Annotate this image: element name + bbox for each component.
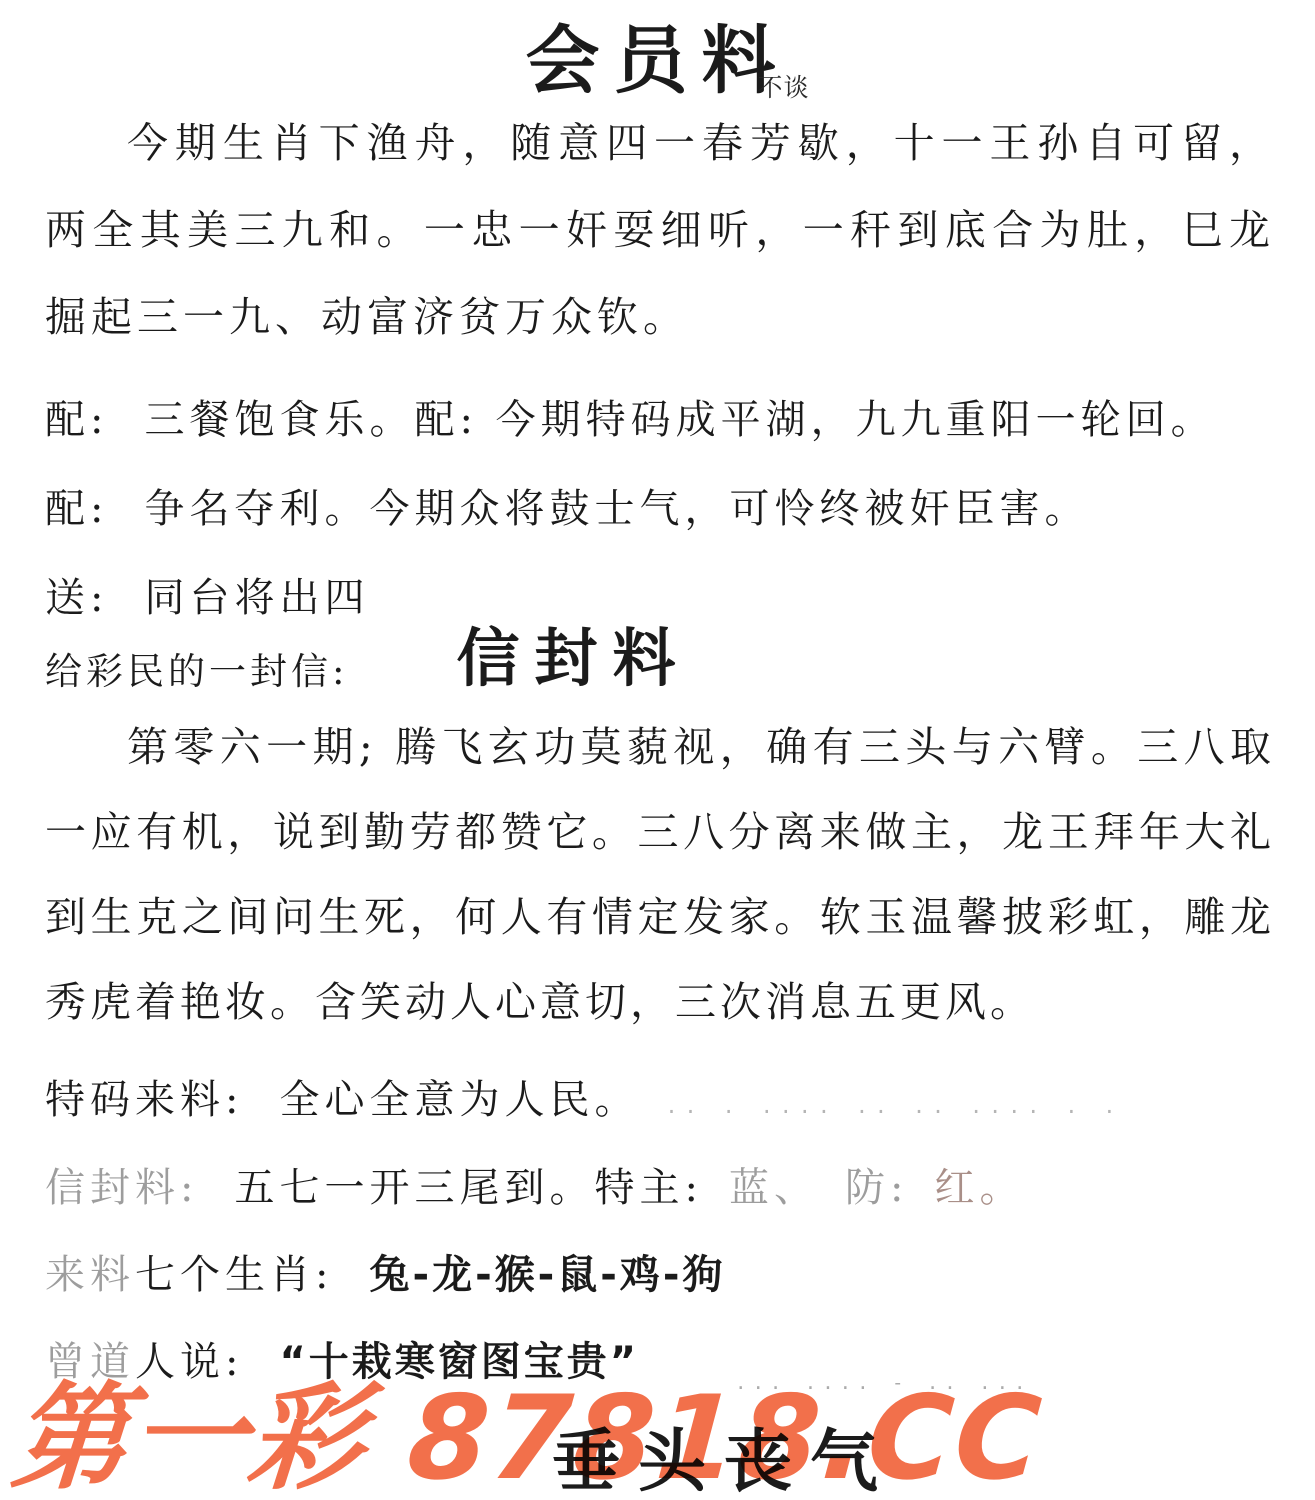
pei-line-2: 配:争名夺利。今期众将鼓士气，可怜终被奸臣害。 (45, 477, 1275, 534)
zodiac-line-label: 七个生肖: (135, 1252, 333, 1298)
tema-line-faded-dots: .. . .... .. .. .... . . (665, 1094, 1122, 1118)
scanned-lottery-tip-sheet: 会员料不谈 今期生肖下渔舟，随意四一春芳歇，十一王孙自可留，两全其美三九和。一忠… (0, 0, 1315, 1500)
pei-line-1-text: 三餐饱食乐。配: 今期特码成平湖，九九重阳一轮回。 (144, 397, 1215, 443)
xinfeng-line-text: 五七一开三尾到。 (234, 1165, 594, 1211)
page-title-overlay-text: 不谈 (757, 68, 809, 104)
page-title: 会员料不谈 (0, 2, 1315, 108)
tema-line-label: 特码来料: (45, 1077, 243, 1123)
envelope-section-title: 信封料 (456, 608, 690, 699)
pei-line-2-text: 争名夺利。今期众将鼓士气，可怜终被奸臣害。 (144, 486, 1089, 532)
xinfeng-line-blue: 蓝、 (729, 1165, 819, 1211)
xinfeng-line-fang: 防: (845, 1165, 908, 1211)
zodiac-line-animals: 兔-龙-猴-鼠-鸡-狗 (369, 1252, 725, 1298)
envelope-verse-paragraph: 第零六一期; 腾飞玄功莫藐视，确有三头与六臂。三八取一应有机，说到勤劳都赞它。三… (45, 705, 1275, 1045)
zodiac-line-faded-prefix: 来料 (45, 1252, 135, 1298)
pei-line-1-label: 配: (45, 397, 108, 443)
member-verse-paragraph: 今期生肖下渔舟，随意四一春芳歇，十一王孙自可留，两全其美三九和。一忠一奸耍细听，… (45, 100, 1275, 361)
xinfeng-line-red: 红。 (934, 1165, 1024, 1211)
tema-line: 特码来料:全心全意为人民。.. . .... .. .. .... . . (45, 1068, 1275, 1125)
envelope-header-row: 给彩民的一封信: 信封料 (45, 608, 1275, 699)
page-title-main: 会员 (526, 18, 702, 104)
zodiac-line: 来料七个生肖:兔-龙-猴-鼠-鸡-狗 (45, 1243, 1275, 1300)
site-watermark: 第一彩 87818.CC (8, 1381, 1046, 1497)
xinfeng-line: 信封料:五七一开三尾到。特主:蓝、防:红。 (45, 1156, 1275, 1213)
pei-line-1: 配:三餐饱食乐。配: 今期特码成平湖，九九重阳一轮回。 (45, 388, 1275, 445)
pei-line-2-label: 配: (45, 486, 108, 532)
xinfeng-line-tezhu-label: 特主: (594, 1165, 702, 1211)
page-title-last: 料不谈 (702, 2, 790, 108)
letter-to-punters-label: 给彩民的一封信: (45, 641, 348, 699)
xinfeng-line-faded-label: 信封料: (45, 1165, 198, 1211)
tema-line-text: 全心全意为人民。 (279, 1077, 639, 1123)
